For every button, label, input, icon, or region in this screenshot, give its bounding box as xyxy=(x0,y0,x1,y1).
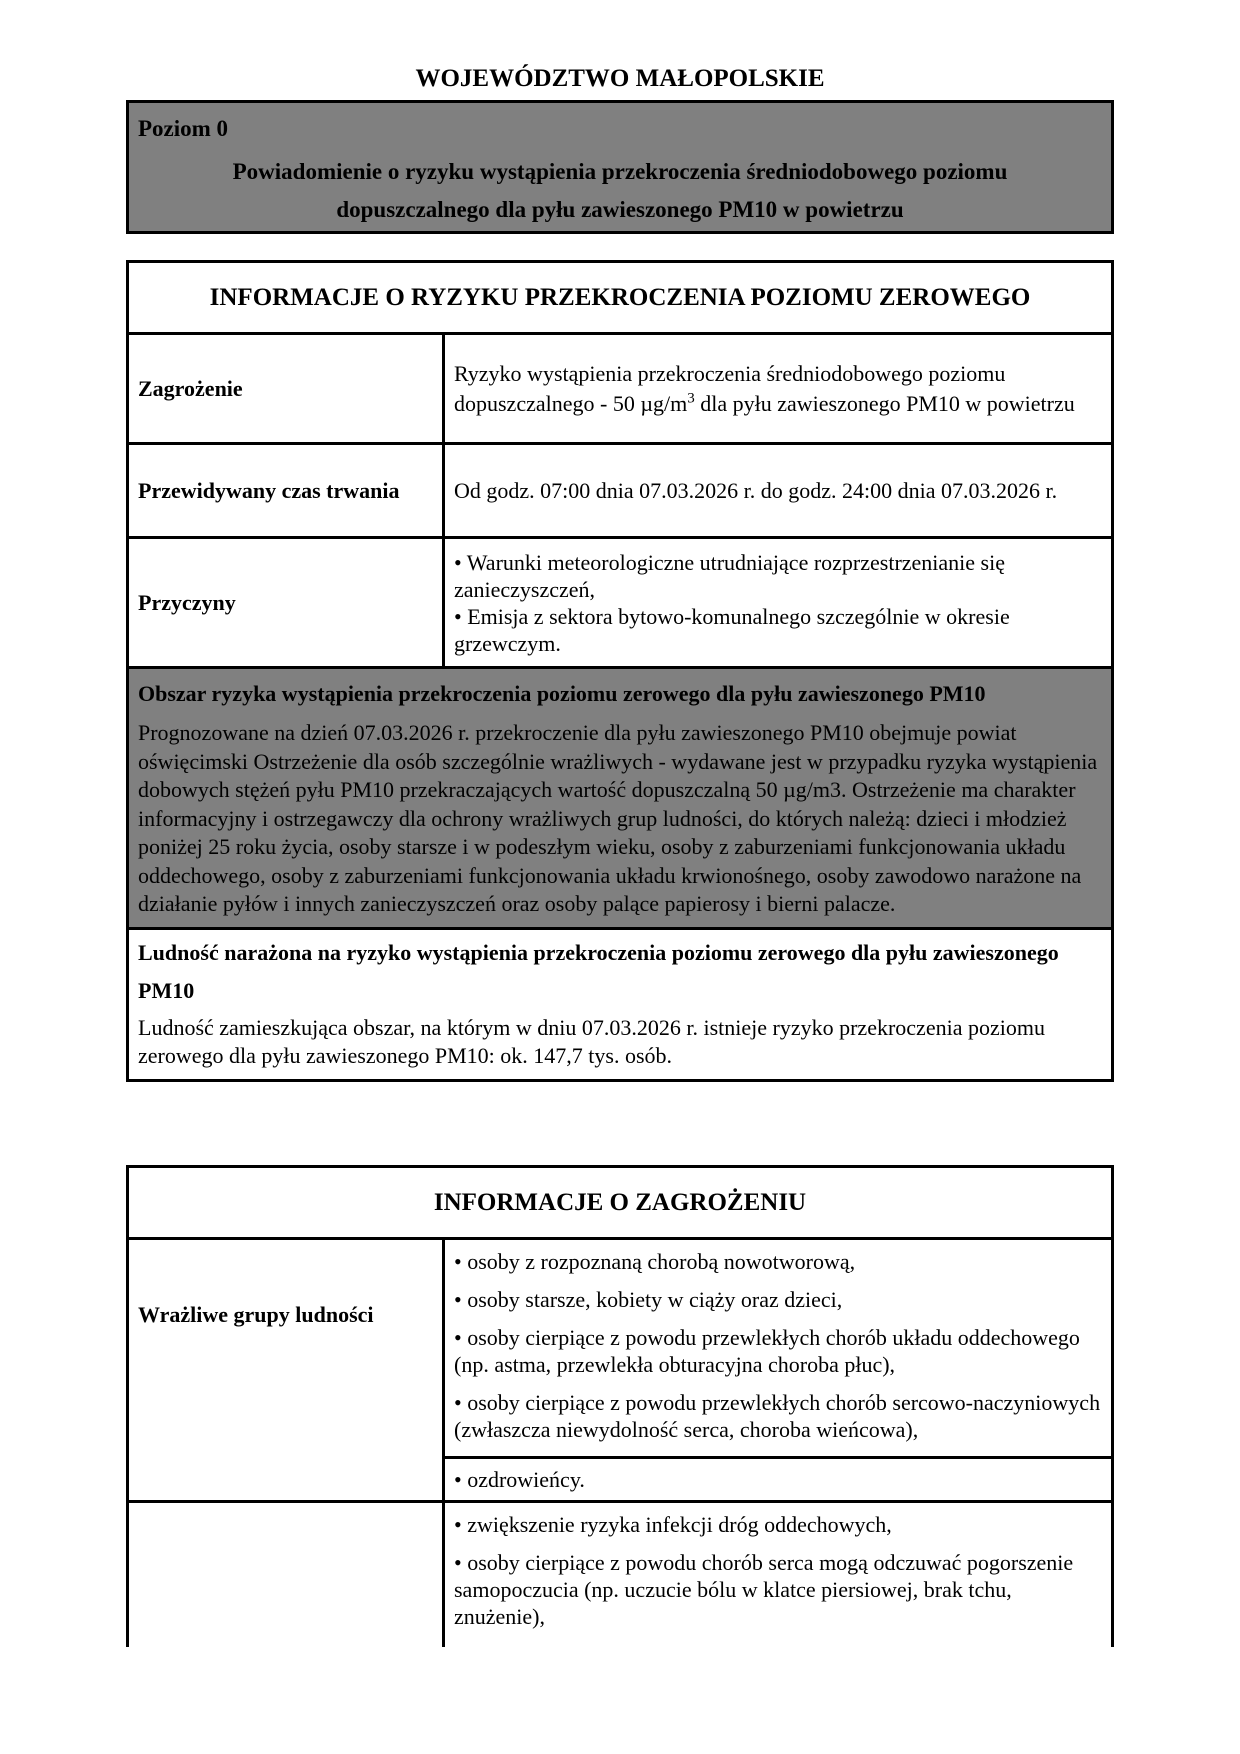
population-body: Ludność zamieszkująca obszar, na którym … xyxy=(138,1014,1102,1071)
threat-value: Ryzyko wystąpienia przekroczenia średnio… xyxy=(444,334,1113,444)
table-row-population: Ludność narażona na ryzyko wystąpienia p… xyxy=(128,928,1113,1080)
threat-info-heading: INFORMACJE O ZAGROŻENIU xyxy=(128,1167,1113,1239)
sensitive-groups-label: Wrażliwe grupy ludności xyxy=(128,1239,444,1502)
population-section: Ludność narażona na ryzyko wystąpienia p… xyxy=(128,928,1113,1080)
list-item: • osoby cierpiące z powodu chorób serca … xyxy=(454,1545,1102,1637)
level-description-line-2: dopuszczalnego dla pyłu zawieszonego PM1… xyxy=(129,191,1111,229)
list-item: • osoby starsze, kobiety w ciąży oraz dz… xyxy=(454,1282,1102,1320)
sensitive-groups-list: • osoby z rozpoznaną chorobą nowotworową… xyxy=(444,1239,1113,1458)
population-heading: Ludność narażona na ryzyko wystąpienia p… xyxy=(138,934,1102,1010)
causes-label: Przyczyny xyxy=(128,538,444,668)
threat-info-table: INFORMACJE O ZAGROŻENIU Wrażliwe grupy l… xyxy=(126,1165,1114,1647)
cause-item: • Emisja z sektora bytowo-komunalnego sz… xyxy=(454,603,1102,657)
risk-info-table: INFORMACJE O RYZYKU PRZEKROCZENIA POZIOM… xyxy=(126,260,1114,1082)
table-row-sensitive-groups: Wrażliwe grupy ludności • osoby z rozpoz… xyxy=(128,1239,1113,1458)
level-description: Powiadomienie o ryzyku wystąpienia przek… xyxy=(129,153,1111,229)
table-row-causes: Przyczyny • Warunki meteorologiczne utru… xyxy=(128,538,1113,668)
table-row-threat: Zagrożenie Ryzyko wystąpienia przekrocze… xyxy=(128,334,1113,444)
page-title: WOJEWÓDZTWO MAŁOPOLSKIE xyxy=(0,64,1240,94)
threat-value-superscript: 3 xyxy=(687,390,695,406)
level-box: Poziom 0 Powiadomienie o ryzyku wystąpie… xyxy=(126,100,1114,234)
table-row-area: Obszar ryzyka wystąpienia przekroczenia … xyxy=(128,668,1113,929)
list-item: • osoby z rozpoznaną chorobą nowotworową… xyxy=(454,1244,1102,1282)
duration-value: Od godz. 07:00 dnia 07.03.2026 r. do god… xyxy=(444,444,1113,538)
list-item: • osoby cierpiące z powodu przewlekłych … xyxy=(454,1385,1102,1450)
effects-list: • zwiększenie ryzyka infekcji dróg oddec… xyxy=(444,1502,1113,1648)
risk-info-heading: INFORMACJE O RYZYKU PRZEKROCZENIA POZIOM… xyxy=(128,262,1113,334)
level-description-line-1: Powiadomienie o ryzyku wystąpienia przek… xyxy=(129,153,1111,191)
table-row-duration: Przewidywany czas trwania Od godz. 07:00… xyxy=(128,444,1113,538)
duration-label: Przewidywany czas trwania xyxy=(128,444,444,538)
effects-label xyxy=(128,1502,444,1648)
threat-value-text-end: dla pyłu zawieszonego PM10 w powietrzu xyxy=(695,391,1075,416)
causes-value: • Warunki meteorologiczne utrudniające r… xyxy=(444,538,1113,668)
sensitive-groups-last: • ozdrowieńcy. xyxy=(444,1458,1113,1502)
area-body: Prognozowane na dzień 07.03.2026 r. prze… xyxy=(138,719,1102,919)
cause-item: • Warunki meteorologiczne utrudniające r… xyxy=(454,549,1102,603)
area-heading: Obszar ryzyka wystąpienia przekroczenia … xyxy=(138,675,1102,713)
table-row-effects: • zwiększenie ryzyka infekcji dróg oddec… xyxy=(128,1502,1113,1648)
level-label: Poziom 0 xyxy=(138,115,228,143)
threat-label: Zagrożenie xyxy=(128,334,444,444)
list-item: • zwiększenie ryzyka infekcji dróg oddec… xyxy=(454,1507,1102,1545)
area-section: Obszar ryzyka wystąpienia przekroczenia … xyxy=(128,668,1113,929)
list-item: • osoby cierpiące z powodu przewlekłych … xyxy=(454,1320,1102,1385)
